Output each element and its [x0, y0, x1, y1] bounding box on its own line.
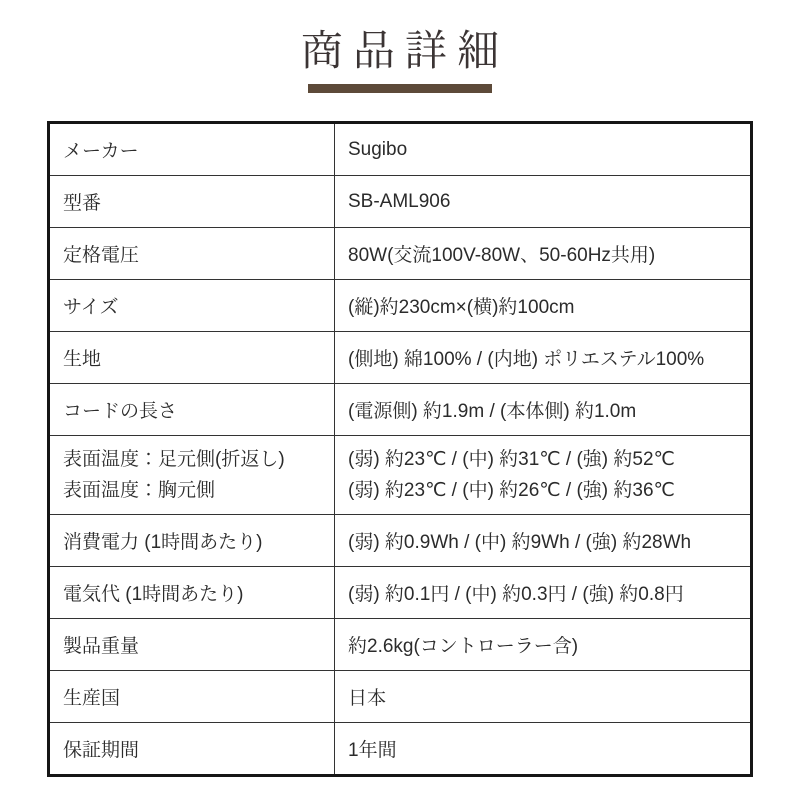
page-header: 商品詳細: [0, 0, 800, 93]
title-underline-bar: [308, 84, 492, 93]
table-row: 製品重量 約2.6kg(コントローラー含): [49, 619, 752, 671]
spec-value: (縦)約230cm×(横)約100cm: [335, 280, 752, 332]
spec-label-line: 表面温度：胸元側: [63, 475, 321, 506]
spec-value-line: (弱) 約23℃ / (中) 約26℃ / (強) 約36℃: [348, 475, 737, 506]
spec-value: (弱) 約0.9Wh / (中) 約9Wh / (強) 約28Wh: [335, 515, 752, 567]
page-title: 商品詳細: [0, 29, 800, 75]
spec-value: 日本: [335, 671, 752, 723]
spec-value: SB-AML906: [335, 176, 752, 228]
product-spec-table: メーカー Sugibo 型番 SB-AML906 定格電圧 80W(交流100V…: [47, 121, 753, 777]
table-row: サイズ (縦)約230cm×(横)約100cm: [49, 280, 752, 332]
table-row: 定格電圧 80W(交流100V-80W、50-60Hz共用): [49, 228, 752, 280]
spec-value: 1年間: [335, 723, 752, 776]
table-row: 型番 SB-AML906: [49, 176, 752, 228]
spec-label: 製品重量: [49, 619, 335, 671]
table-row: 生地 (側地) 綿100% / (内地) ポリエステル100%: [49, 332, 752, 384]
spec-label: コードの長さ: [49, 384, 335, 436]
spec-value: Sugibo: [335, 123, 752, 176]
spec-label: 生地: [49, 332, 335, 384]
table-row: メーカー Sugibo: [49, 123, 752, 176]
spec-label: サイズ: [49, 280, 335, 332]
spec-label: 保証期間: [49, 723, 335, 776]
spec-label: 定格電圧: [49, 228, 335, 280]
table-row: コードの長さ (電源側) 約1.9m / (本体側) 約1.0m: [49, 384, 752, 436]
table-row-surface-temperature: 表面温度：足元側(折返し) 表面温度：胸元側 (弱) 約23℃ / (中) 約3…: [49, 436, 752, 515]
page: 商品詳細 メーカー Sugibo 型番 SB-AML906 定格電圧 80W(交…: [0, 0, 800, 800]
spec-value: (側地) 綿100% / (内地) ポリエステル100%: [335, 332, 752, 384]
spec-label: 電気代 (1時間あたり): [49, 567, 335, 619]
table-row: 消費電力 (1時間あたり) (弱) 約0.9Wh / (中) 約9Wh / (強…: [49, 515, 752, 567]
spec-value: 80W(交流100V-80W、50-60Hz共用): [335, 228, 752, 280]
spec-label: 消費電力 (1時間あたり): [49, 515, 335, 567]
spec-label: 表面温度：足元側(折返し) 表面温度：胸元側: [49, 436, 335, 515]
spec-value: (弱) 約0.1円 / (中) 約0.3円 / (強) 約0.8円: [335, 567, 752, 619]
table-row: 生産国 日本: [49, 671, 752, 723]
table-row: 保証期間 1年間: [49, 723, 752, 776]
spec-value: (弱) 約23℃ / (中) 約31℃ / (強) 約52℃ (弱) 約23℃ …: [335, 436, 752, 515]
spec-label: メーカー: [49, 123, 335, 176]
spec-value: 約2.6kg(コントローラー含): [335, 619, 752, 671]
product-spec-table-container: メーカー Sugibo 型番 SB-AML906 定格電圧 80W(交流100V…: [47, 121, 753, 777]
spec-value-line: (弱) 約23℃ / (中) 約31℃ / (強) 約52℃: [348, 444, 737, 475]
table-row: 電気代 (1時間あたり) (弱) 約0.1円 / (中) 約0.3円 / (強)…: [49, 567, 752, 619]
spec-label-line: 表面温度：足元側(折返し): [63, 444, 321, 475]
spec-label: 生産国: [49, 671, 335, 723]
spec-label: 型番: [49, 176, 335, 228]
spec-value: (電源側) 約1.9m / (本体側) 約1.0m: [335, 384, 752, 436]
